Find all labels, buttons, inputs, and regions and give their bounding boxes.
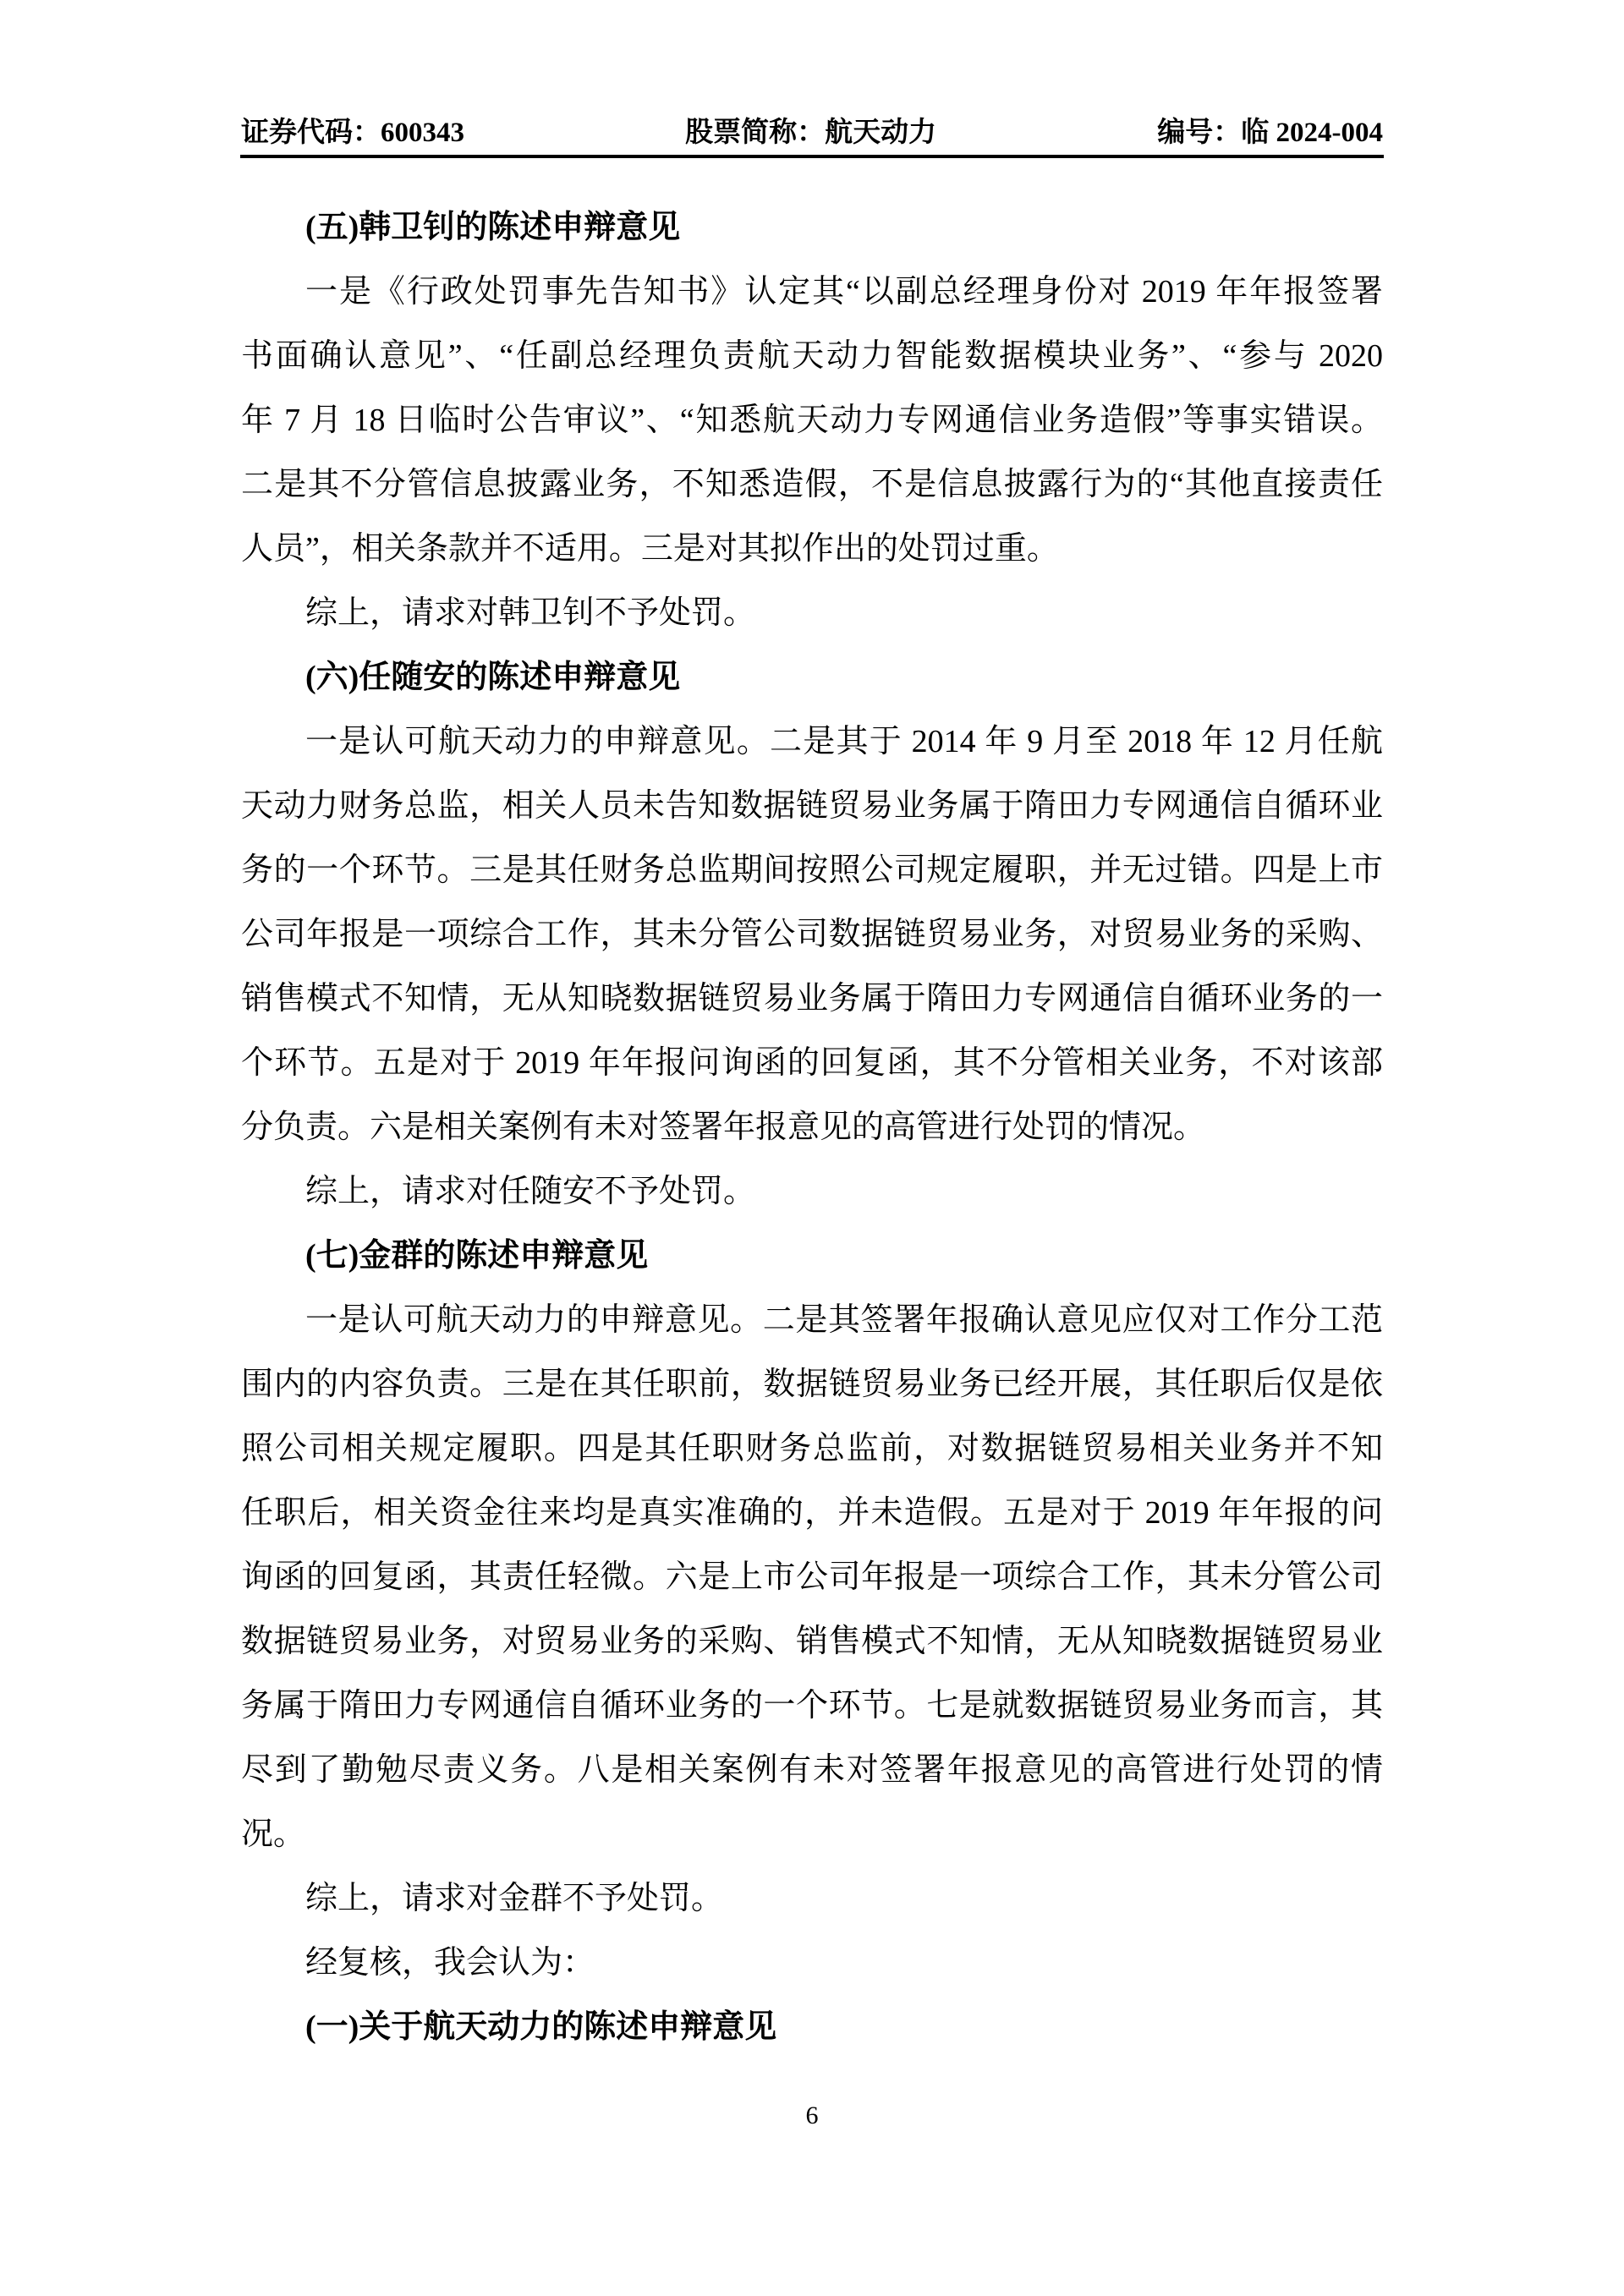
body-text-line: 书面确认意见”、“任副总经理负责航天动力智能数据模块业务”、“参与 2020: [241, 324, 1383, 388]
body-text-line: 况。: [241, 1802, 1383, 1866]
page-footer: 6: [0, 2099, 1624, 2133]
body-text-line: 综上，请求对任随安不予处罚。: [241, 1159, 1383, 1224]
body-text-line: 一是认可航天动力的申辩意见。二是其签署年报确认意见应仅对工作分工范: [241, 1288, 1383, 1352]
page-number: 6: [806, 2101, 819, 2129]
body-text-line: 销售模式不知情，无从知晓数据链贸易业务属于隋田力专网通信自循环业务的一: [241, 967, 1383, 1031]
body-text-line: 综上，请求对韩卫钊不予处罚。: [241, 581, 1383, 645]
document-body: (五)韩卫钊的陈述申辩意见一是《行政处罚事先告知书》认定其“以副总经理身份对 2…: [241, 195, 1383, 2059]
document-page: 证券代码：600343 股票简称：航天动力 编号：临 2024-004 (五)韩…: [0, 0, 1624, 2296]
body-text-line: 二是其不分管信息披露业务，不知悉造假，不是信息披露行为的“其他直接责任: [241, 452, 1383, 517]
stock-code: 证券代码：600343: [241, 115, 464, 151]
body-text-line: 一是《行政处罚事先告知书》认定其“以副总经理身份对 2019 年年报签署: [241, 260, 1383, 324]
body-text-line: 人员”，相关条款并不适用。三是对其拟作出的处罚过重。: [241, 517, 1383, 581]
body-text-line: 围内的内容负责。三是在其任职前，数据链贸易业务已经开展，其任职后仅是依: [241, 1352, 1383, 1417]
document-header: 证券代码：600343 股票简称：航天动力 编号：临 2024-004: [241, 115, 1383, 151]
body-text-line: 经复核，我会认为：: [241, 1931, 1383, 1995]
section-heading: (六)任随安的陈述申辩意见: [241, 645, 1383, 710]
body-text-line: 个环节。五是对于 2019 年年报问询函的回复函，其不分管相关业务，不对该部: [241, 1031, 1383, 1095]
body-text-line: 年 7 月 18 日临时公告审议”、“知悉航天动力专网通信业务造假”等事实错误。: [241, 388, 1383, 452]
body-text-line: 询函的回复函，其责任轻微。六是上市公司年报是一项综合工作，其未分管公司: [241, 1545, 1383, 1609]
body-text-line: 任职后，相关资金往来均是真实准确的，并未造假。五是对于 2019 年年报的问: [241, 1481, 1383, 1545]
body-text-line: 综上，请求对金群不予处罚。: [241, 1866, 1383, 1931]
section-heading: (五)韩卫钊的陈述申辩意见: [241, 195, 1383, 260]
body-text-line: 一是认可航天动力的申辩意见。二是其于 2014 年 9 月至 2018 年 12…: [241, 710, 1383, 774]
section-heading: (七)金群的陈述申辩意见: [241, 1224, 1383, 1288]
body-text-line: 务属于隋田力专网通信自循环业务的一个环节。七是就数据链贸易业务而言，其: [241, 1674, 1383, 1738]
header-divider: [240, 155, 1384, 158]
body-text-line: 天动力财务总监，相关人员未告知数据链贸易业务属于隋田力专网通信自循环业: [241, 774, 1383, 838]
body-text-line: 分负责。六是相关案例有未对签署年报意见的高管进行处罚的情况。: [241, 1095, 1383, 1159]
doc-number: 编号：临 2024-004: [1157, 115, 1383, 151]
body-text-line: 务的一个环节。三是其任财务总监期间按照公司规定履职，并无过错。四是上市: [241, 838, 1383, 902]
body-text-line: 照公司相关规定履职。四是其任职财务总监前，对数据链贸易相关业务并不知情；: [241, 1417, 1383, 1481]
body-text-line: 公司年报是一项综合工作，其未分管公司数据链贸易业务，对贸易业务的采购、: [241, 902, 1383, 967]
body-text-line: 数据链贸易业务，对贸易业务的采购、销售模式不知情，无从知晓数据链贸易业: [241, 1609, 1383, 1674]
section-heading: (一)关于航天动力的陈述申辩意见: [241, 1995, 1383, 2059]
body-text-line: 尽到了勤勉尽责义务。八是相关案例有未对签署年报意见的高管进行处罚的情: [241, 1738, 1383, 1802]
stock-name: 股票简称：航天动力: [685, 115, 936, 151]
